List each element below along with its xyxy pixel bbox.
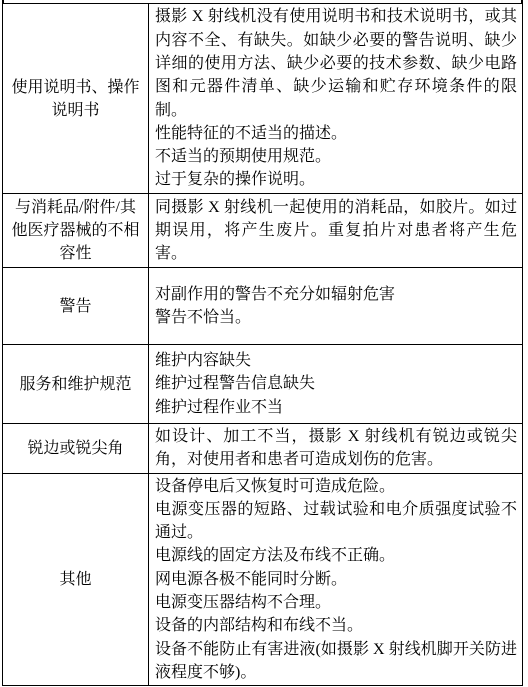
- table-row-instructions: 使用说明书、操作说明书 摄影 X 射线机没有使用说明书和技术说明书，或其内容不全…: [3, 4, 523, 194]
- description-paragraph: 电源变压器结构不合理。: [155, 591, 517, 614]
- row-header-text: 其他: [8, 568, 143, 591]
- description-paragraph: 同摄影 X 射线机一起使用的消耗品，如胶片。如过期误用，将产生废片。重复拍片对患…: [155, 196, 517, 266]
- description-paragraph: 警告不恰当。: [155, 306, 517, 329]
- row-description-cell: 维护内容缺失 维护过程警告信息缺失 维护过程作业不当: [149, 345, 523, 424]
- description-paragraph: 过于复杂的操作说明。: [155, 168, 517, 191]
- description-paragraph: 设备不能防止有害进液(如摄影 X 射线机脚开关防进液程度不够)。: [155, 638, 517, 685]
- row-description-cell: 摄影 X 射线机没有使用说明书和技术说明书，或其内容不全、有缺失。如缺少必要的警…: [149, 4, 523, 194]
- row-header-cell: 锐边或锐尖角: [3, 424, 149, 474]
- row-header-text: 与消耗品/附件/其他医疗器械的不相容性: [8, 196, 143, 265]
- description-paragraph: 维护内容缺失: [155, 349, 517, 372]
- document-page: 使用说明书、操作说明书 摄影 X 射线机没有使用说明书和技术说明书，或其内容不全…: [0, 0, 528, 687]
- description-paragraph: 设备停电后又恢复时可造成危险。: [155, 475, 517, 498]
- row-header-cell: 与消耗品/附件/其他医疗器械的不相容性: [3, 194, 149, 268]
- description-paragraph: 性能特征的不适当的描述。: [155, 122, 517, 145]
- row-description-cell: 设备停电后又恢复时可造成危险。 电源变压器的短路、过载试验和电介质强度试验不通过…: [149, 473, 523, 686]
- description-paragraph: 电源线的固定方法及布线不正确。: [155, 544, 517, 567]
- row-description-cell: 对副作用的警告不充分如辐射危害 警告不恰当。: [149, 268, 523, 345]
- table-row-incompatibility: 与消耗品/附件/其他医疗器械的不相容性 同摄影 X 射线机一起使用的消耗品，如胶…: [3, 194, 523, 268]
- table-row-other: 其他 设备停电后又恢复时可造成危险。 电源变压器的短路、过载试验和电介质强度试验…: [3, 473, 523, 686]
- description-paragraph: 设备的内部结构和布线不当。: [155, 614, 517, 637]
- row-header-cell: 服务和维护规范: [3, 345, 149, 424]
- row-header-text: 警告: [8, 295, 143, 318]
- table-row-sharp-edges: 锐边或锐尖角 如设计、加工不当，摄影 X 射线机有锐边或锐尖角，对使用者和患者可…: [3, 424, 523, 474]
- row-description-cell: 如设计、加工不当，摄影 X 射线机有锐边或锐尖角，对使用者和患者可造成划伤的危害…: [149, 424, 523, 474]
- row-header-cell: 使用说明书、操作说明书: [3, 4, 149, 194]
- description-paragraph: 维护过程作业不当: [155, 396, 517, 419]
- row-header-text: 锐边或锐尖角: [8, 437, 143, 460]
- description-paragraph: 对副作用的警告不充分如辐射危害: [155, 283, 517, 306]
- table-row-warnings: 警告 对副作用的警告不充分如辐射危害 警告不恰当。: [3, 268, 523, 345]
- description-paragraph: 电源变压器的短路、过载试验和电介质强度试验不通过。: [155, 498, 517, 545]
- description-paragraph: 网电源各极不能同时分断。: [155, 568, 517, 591]
- row-description-cell: 同摄影 X 射线机一起使用的消耗品，如胶片。如过期误用，将产生废片。重复拍片对患…: [149, 194, 523, 268]
- row-header-cell: 其他: [3, 473, 149, 686]
- description-paragraph: 如设计、加工不当，摄影 X 射线机有锐边或锐尖角，对使用者和患者可造成划伤的危害…: [155, 425, 517, 472]
- row-header-text: 使用说明书、操作说明书: [8, 76, 143, 122]
- row-header-cell: 警告: [3, 268, 149, 345]
- row-header-text: 服务和维护规范: [8, 373, 143, 396]
- description-paragraph: 摄影 X 射线机没有使用说明书和技术说明书，或其内容不全、有缺失。如缺少必要的警…: [155, 5, 517, 121]
- description-paragraph: 维护过程警告信息缺失: [155, 372, 517, 395]
- description-paragraph: 不适当的预期使用规范。: [155, 145, 517, 168]
- table-row-service-maintenance: 服务和维护规范 维护内容缺失 维护过程警告信息缺失 维护过程作业不当: [3, 345, 523, 424]
- hazard-table: 使用说明书、操作说明书 摄影 X 射线机没有使用说明书和技术说明书，或其内容不全…: [2, 3, 523, 686]
